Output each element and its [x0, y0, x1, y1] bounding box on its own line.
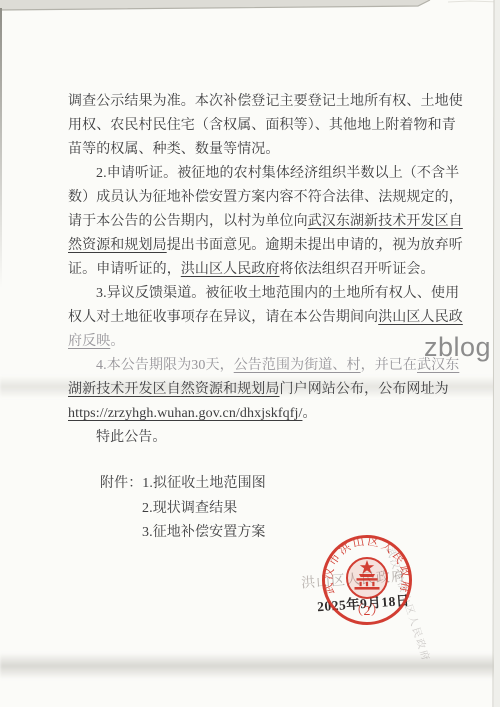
document-line: 数）成员认为征地补偿安置方案内容不符合法律、法规规定的， [68, 186, 468, 210]
text-segment: 请于本公告的公告期内，以村为单位向 [68, 214, 308, 229]
document-line: 特此公告。 [68, 426, 468, 450]
document-line: 然资源和规划局提出书面意见。逾期未提出申请的，视为放弃听 [68, 234, 468, 258]
attachments-block: 附件：1.拟征收土地范围图2.现状调查结果3.征地补偿安置方案 [100, 472, 266, 546]
official-seal: 武汉市洪山区人民政府 （2） [320, 533, 414, 627]
text-segment: 用权、农民村民住宅（含权属、面积等）、其他地上附着物和青 [68, 118, 456, 133]
text-segment: 。 [302, 406, 316, 421]
national-emblem-icon [347, 558, 387, 598]
attachment-item: 3.征地补偿安置方案 [100, 521, 266, 546]
text-segment: 门户网站公布，公布网址为 [280, 382, 449, 397]
underlined-text: 洪山区人民政 [378, 310, 463, 325]
document-line: 3.异议反馈渠道。被征收土地范围内的土地所有权人、使用 [68, 282, 468, 306]
scanned-page: 调查公示结果为准。本次补偿登记主要登记土地所有权、土地使用权、农民村民住宅（含权… [0, 0, 500, 707]
document-line: https://zrzyhgh.wuhan.gov.cn/dhxjskfqfj/… [68, 402, 468, 426]
document-line: 湖新技术开发区自然资源和规划局门户网站公布，公布网址为 [68, 378, 468, 402]
text-segment: 2.申请听证。被征地的农村集体经济组织半数以上（不含半 [96, 166, 459, 181]
text-segment: 提出书面意见。逾期未提出申请的，视为放弃听 [167, 238, 463, 253]
document-line: 权人对土地征收事项存在异议，请在本公告期间向洪山区人民政 [68, 306, 468, 330]
document-line: 调查公示结果为准。本次补偿登记主要登记土地所有权、土地使 [68, 90, 468, 114]
underlined-text: https://zrzyhgh.wuhan.gov.cn/dhxjskfqfj/ [68, 406, 302, 421]
text-segment: 苗等的权属、种类、数量等情况。 [68, 142, 280, 157]
seal-number: （2） [350, 603, 385, 619]
document-line: 证。申请听证的，洪山区人民政府将依法组织召开听证会。 [68, 258, 468, 282]
text-segment: 数）成员认为征地补偿安置方案内容不符合法律、法规规定的， [68, 190, 463, 205]
watermark: zblog [424, 332, 491, 363]
document-line: 4.本公告期限为30天，公告范围为街道、村，并已在武汉东 [68, 354, 468, 378]
underlined-text: 公告范围为街道、村 [234, 358, 361, 373]
underlined-text: 然资源和规划局 [68, 238, 167, 253]
document-line: 请于本公告的公告期内，以村为单位向武汉东湖新技术开发区自 [68, 210, 468, 234]
underlined-text: 洪山区人民政府 [181, 262, 280, 277]
text-segment: 将依法组织召开听证会。 [280, 262, 435, 277]
document-line: 2.申请听证。被征地的农村集体经济组织半数以上（不含半 [68, 162, 468, 186]
text-segment: 特此公告。 [96, 430, 167, 445]
underlined-text: 武汉东湖新技术开发区自 [308, 214, 463, 229]
text-segment: 证。申请听证的， [68, 262, 181, 277]
document-line: 用权、农民村民住宅（含权属、面积等）、其他地上附着物和青 [68, 114, 468, 138]
underlined-text: 府反映 [68, 334, 110, 349]
attachment-item: 2.现状调查结果 [100, 497, 266, 522]
text-segment: 3.异议反馈渠道。被征收土地范围内的土地所有权人、使用 [96, 286, 459, 301]
text-segment: 调查公示结果为准。本次补偿登记主要登记土地所有权、土地使 [68, 94, 463, 109]
text-segment: 。 [110, 334, 124, 349]
seal-graphic: 武汉市洪山区人民政府 （2） [320, 533, 414, 627]
underlined-text: 湖新技术开发区自然资源和规划局 [68, 382, 280, 397]
text-segment: ，并已在 [361, 358, 417, 373]
attachment-item: 附件：1.拟征收土地范围图 [100, 472, 266, 497]
text-segment: 权人对土地征收事项存在异议，请在本公告期间向 [68, 310, 378, 325]
document-body: 调查公示结果为准。本次补偿登记主要登记土地所有权、土地使用权、农民村民住宅（含权… [68, 90, 468, 450]
text-segment: 4.本公告期限为30天， [96, 358, 234, 373]
document-line: 府反映。 [68, 330, 468, 354]
document-line: 苗等的权属、种类、数量等情况。 [68, 138, 468, 162]
